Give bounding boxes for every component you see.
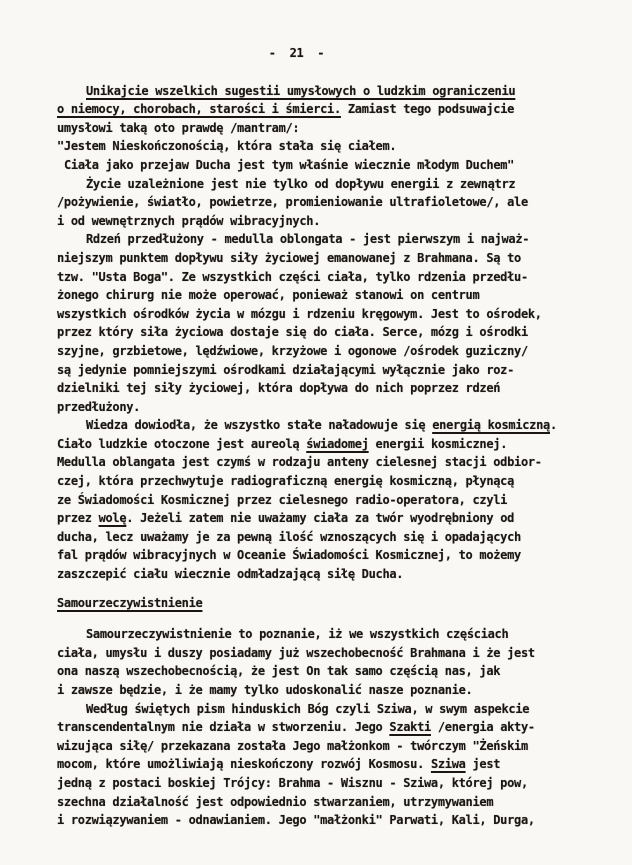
text-line: wizująca siłę/ przekazana została Jego m… [57, 737, 596, 756]
text-segment: i zawsze będzie, i że mamy tylko udoskon… [57, 683, 472, 697]
section-heading: Samourzeczywistnienie [57, 594, 596, 613]
text-line: Medulla oblangata jest czymś w rodzaju a… [57, 453, 596, 472]
text-segment: żonego chirurg nie może operować, poniew… [57, 288, 479, 302]
text-line: i rozwiązywaniem - odnawianiem. Jego "ma… [57, 811, 596, 830]
text-segment: /pożywienie, światło, powietrze, promien… [57, 195, 528, 209]
text-line: przedłużony. [57, 398, 596, 417]
text-line: wszystkich ośrodków życia w mózgu i rdze… [57, 305, 596, 324]
text-segment: energii kosmicznej. [369, 437, 508, 451]
text-line: są jedynie pomniejszymi ośrodkami działa… [57, 361, 596, 380]
text-line: czej, która przechwytuje radiograficzną … [57, 472, 596, 491]
scanned-page: - 21 - Unikajcie wszelkich sugestii umys… [0, 0, 632, 865]
text-line: i zawsze będzie, i że mamy tylko udoskon… [57, 681, 596, 700]
text-line: Wiedza dowiodła, że wszystko stałe naład… [57, 416, 596, 435]
text-segment: . [550, 418, 557, 432]
text-line: Samourzeczywistnienie to poznanie, iż we… [57, 625, 596, 644]
text-segment: i rozwiązywaniem - odnawianiem. Jego "ma… [57, 813, 535, 827]
text-segment: niejszym punktem dopływu siły życiowej e… [57, 251, 521, 265]
text-segment: ciała, umysłu i duszy posiadamy już wsze… [57, 646, 535, 660]
text-segment: Wiedza dowiodła, że wszystko stałe naład… [86, 418, 432, 432]
text-line: Ciała jako przejaw Ducha jest tym właśni… [57, 156, 596, 175]
life-energy-paragraph: Życie uzależnione jest nie tylko od dopł… [57, 175, 596, 231]
text-segment: Zamiast tego podsuwajcie [341, 102, 514, 116]
text-segment: ona naszą wszechobecnością, że jest On t… [57, 664, 500, 678]
text-line: ducha, lecz uważamy je za pewną ilość wz… [57, 528, 596, 547]
text-line: ze Świadomości Kosmicznej przez cielesne… [57, 491, 596, 510]
text-line: jedną z postaci boskiej Trójcy: Brahma -… [57, 774, 596, 793]
underlined-text: świadomej [306, 437, 368, 451]
text-line: tzw. "Usta Boga". Ze wszystkich części c… [57, 268, 596, 287]
text-segment: "Jestem Nieskończonością, która stała si… [57, 139, 396, 153]
text-line: Według świętych pism hinduskich Bóg czyl… [57, 700, 596, 719]
text-segment: umysłowi taką oto prawdę /mantram/: [57, 121, 299, 135]
page-number: - 21 - [27, 44, 566, 63]
text-segment: Rdzeń przedłużony - medulla oblongata - … [86, 232, 529, 246]
underlined-text: wolę [99, 511, 127, 525]
text-segment: czej, która przechwytuje radiograficzną … [57, 474, 514, 488]
text-line: mocom, które umożliwiają nieskończony ro… [57, 755, 596, 774]
text-line: "Jestem Nieskończonością, która stała si… [57, 137, 596, 156]
text-segment: Samourzeczywistnienie to poznanie, iż we… [86, 627, 508, 641]
text-line: Życie uzależnione jest nie tylko od dopł… [57, 175, 596, 194]
text-line: żonego chirurg nie może operować, poniew… [57, 286, 596, 305]
text-segment: tzw. "Usta Boga". Ze wszystkich części c… [57, 270, 528, 284]
text-segment: przez [57, 511, 99, 525]
text-segment: przez który siła życiowa dostaje się do … [57, 325, 528, 339]
text-line: zaszczepić ciału wiecznie odmładzającą s… [57, 565, 596, 584]
text-segment: jest [466, 757, 501, 771]
text-segment: wizująca siłę/ przekazana została Jego m… [57, 739, 528, 753]
self-realization-paragraph: Samourzeczywistnienie to poznanie, iż we… [57, 625, 596, 699]
text-segment: Medulla oblangata jest czymś w rodzaju a… [57, 455, 542, 469]
text-line: i od wewnętrznych prądów wibracyjnych. [57, 212, 596, 231]
text-segment: Ciało ludzkie otoczone jest aureolą [57, 437, 306, 451]
text-line: ciała, umysłu i duszy posiadamy już wsze… [57, 644, 596, 663]
text-line: umysłowi taką oto prawdę /mantram/: [57, 119, 596, 138]
text-segment: i od wewnętrznych prądów wibracyjnych. [57, 214, 320, 228]
text-segment: Ciała jako przejaw Ducha jest tym właśni… [64, 158, 514, 172]
document-body: Unikajcie wszelkich sugestii umysłowych … [57, 82, 596, 830]
text-segment: szechna działalność jest odpowiednio stw… [57, 795, 493, 809]
text-line: dzielniki tej siły życiowej, która dopły… [57, 379, 596, 398]
text-line: Rdzeń przedłużony - medulla oblongata - … [57, 230, 596, 249]
text-line: ona naszą wszechobecnością, że jest On t… [57, 662, 596, 681]
underlined-text: Unikajcie wszelkich sugestii umysłowych … [86, 84, 515, 98]
underlined-text: Samourzeczywistnienie [57, 596, 202, 610]
text-segment: ducha, lecz uważamy je za pewną ilość wz… [57, 530, 521, 544]
cosmic-energy-paragraph: Wiedza dowiodła, że wszystko stałe naład… [57, 416, 596, 583]
underlined-text: Szakti [389, 720, 431, 734]
text-line: o niemocy, chorobach, starości i śmierci… [57, 100, 596, 119]
text-line: Unikajcie wszelkich sugestii umysłowych … [57, 82, 596, 101]
text-segment: Życie uzależnione jest nie tylko od dopł… [86, 177, 515, 191]
text-line: Samourzeczywistnienie [57, 594, 596, 613]
underlined-text: Sziwa [431, 757, 466, 771]
text-segment: są jedynie pomniejszymi ośrodkami działa… [57, 363, 514, 377]
text-segment: przedłużony. [57, 400, 140, 414]
text-segment: transcendentalnym nie działa w stworzeni… [57, 720, 389, 734]
text-line: przez wolę. Jeżeli zatem nie uważamy cia… [57, 509, 596, 528]
text-line: fal prądów wibracyjnych w Oceanie Świado… [57, 546, 596, 565]
text-segment: Według świętych pism hinduskich Bóg czyl… [86, 702, 529, 716]
text-segment: jedną z postaci boskiej Trójcy: Brahma -… [57, 776, 528, 790]
text-line: transcendentalnym nie działa w stworzeni… [57, 718, 596, 737]
text-segment: wszystkich ośrodków życia w mózgu i rdze… [57, 307, 542, 321]
text-segment: dzielniki tej siły życiowej, która dopły… [57, 381, 500, 395]
text-segment: ze Świadomości Kosmicznej przez cielesne… [57, 493, 507, 507]
text-line: niejszym punktem dopływu siły życiowej e… [57, 249, 596, 268]
text-line: szechna działalność jest odpowiednio stw… [57, 793, 596, 812]
text-line: przez który siła życiowa dostaje się do … [57, 323, 596, 342]
text-segment: mocom, które umożliwiają nieskończony ro… [57, 757, 431, 771]
shiva-paragraph: Według świętych pism hinduskich Bóg czyl… [57, 700, 596, 830]
text-segment: . Jeżeli zatem nie uważamy ciała za twór… [126, 511, 514, 525]
text-segment: szyjne, grzbietowe, lędźwiowe, krzyżowe … [57, 344, 528, 358]
intro-paragraph: Unikajcie wszelkich sugestii umysłowych … [57, 82, 596, 138]
text-segment: zaszczepić ciału wiecznie odmładzającą s… [57, 567, 403, 581]
underlined-text: o niemocy, chorobach, starości i śmierci… [57, 102, 341, 116]
text-line: /pożywienie, światło, powietrze, promien… [57, 193, 596, 212]
text-line: Ciało ludzkie otoczone jest aureolą świa… [57, 435, 596, 454]
mantram-quote: "Jestem Nieskończonością, która stała si… [57, 137, 596, 174]
medulla-paragraph: Rdzeń przedłużony - medulla oblongata - … [57, 230, 596, 416]
text-line: szyjne, grzbietowe, lędźwiowe, krzyżowe … [57, 342, 596, 361]
text-segment: /energia akty- [431, 720, 535, 734]
underlined-text: energią kosmiczną [432, 418, 550, 432]
text-segment: fal prądów wibracyjnych w Oceanie Świado… [57, 548, 521, 562]
